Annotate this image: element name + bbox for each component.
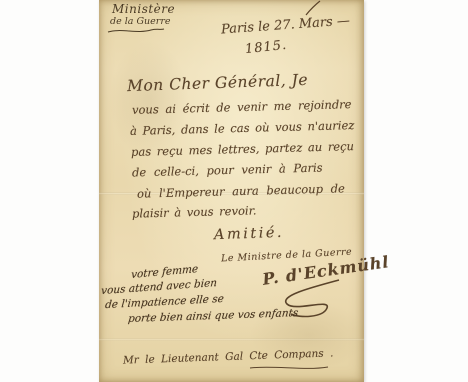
body-line: pas reçu mes lettres, partez au reçu (131, 139, 354, 159)
pen-stroke (304, 0, 322, 16)
paper-wrinkle (109, 40, 189, 160)
address-underline-flourish-icon (249, 364, 329, 372)
salutation-line: Mon Cher Général, Je (127, 71, 309, 95)
body-line: plaisir à vous revoir. (132, 203, 257, 220)
date-year-line: 1815. (244, 38, 288, 57)
body-line: où l'Empereur aura beaucoup de (137, 181, 345, 200)
body-line: à Paris, dans le cas où vous n'auriez (130, 118, 355, 138)
letterhead-ministere: Ministère (112, 2, 175, 16)
postscript-line: porte bien ainsi que vos enfants (127, 307, 298, 325)
body-line: de celle-ci, pour venir à Paris (132, 161, 323, 180)
scanned-letter-photo: Ministère de la Guerre Paris le 27. Mars… (0, 0, 468, 382)
paper-crease (99, 338, 364, 341)
letter-paper: Ministère de la Guerre Paris le 27. Mars… (99, 0, 364, 382)
letterhead-de-la-guerre: de la Guerre (110, 16, 170, 27)
date-place-line: Paris le 27. Mars — (221, 14, 351, 38)
valediction-line: Amitié. (214, 225, 285, 243)
postscript-line: de l'impatience elle se (105, 293, 225, 311)
body-line: vous ai écrit de venir me rejoindre (132, 97, 352, 117)
letterhead-flourish-icon (107, 27, 165, 35)
